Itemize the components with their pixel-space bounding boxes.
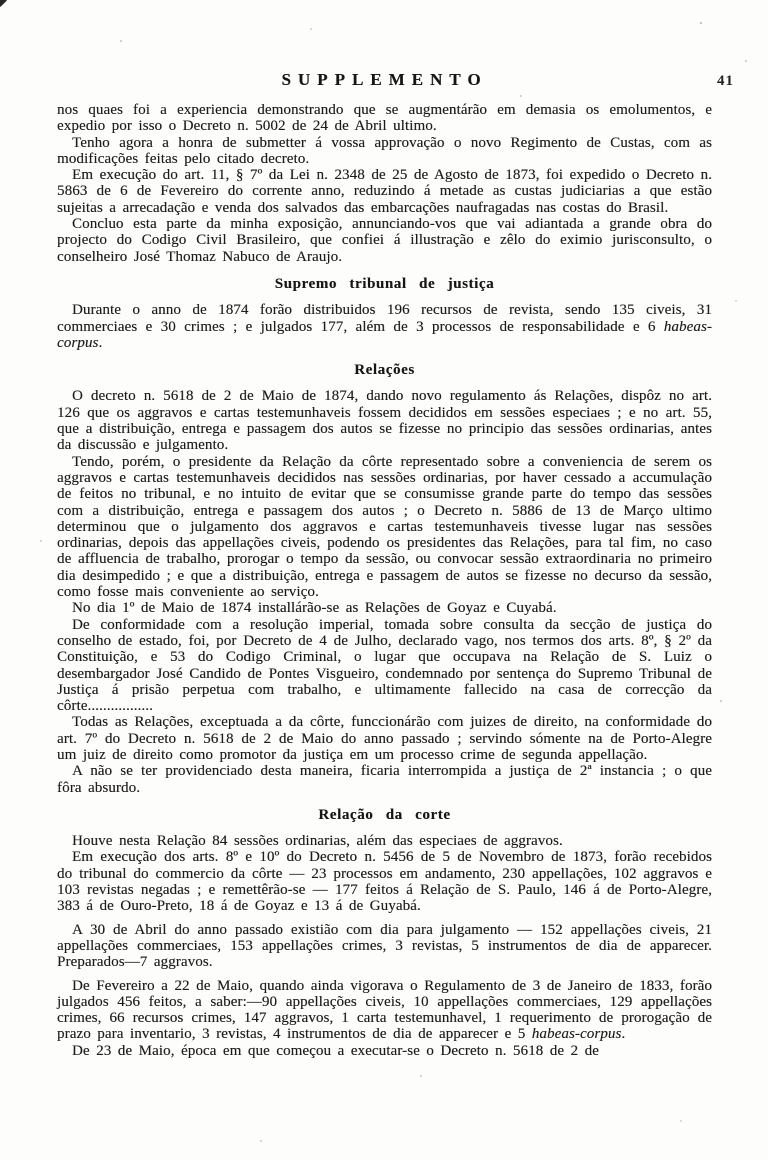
paragraph-text: Durante o anno de 1874 forão distribuido…	[57, 302, 712, 334]
paragraph: De Fevereiro a 22 de Maio, quando ainda …	[57, 978, 712, 1043]
paragraph: Concluo esta parte da minha exposição, a…	[57, 216, 712, 265]
section-heading-relacoes: Relações	[57, 362, 712, 378]
paragraph: No dia 1º de Maio de 1874 installárão-se…	[57, 600, 712, 616]
paragraph: A 30 de Abril do anno passado existião c…	[57, 922, 712, 971]
paragraph: Todas as Relações, exceptuada a da côrte…	[57, 714, 712, 763]
paragraph: Em execução do art. 11, § 7º da Lei n. 2…	[57, 167, 712, 216]
section-heading-supremo-tribunal: Supremo tribunal de justiça	[57, 276, 712, 292]
paragraph: Tendo, porém, o presidente da Relação da…	[57, 454, 712, 601]
paragraph-text: .	[98, 335, 102, 351]
paragraph-text: .	[621, 1026, 625, 1042]
paragraph: A não se ter providenciado desta maneira…	[57, 763, 712, 796]
section-heading-relacao-da-corte: Relação da corte	[57, 807, 712, 823]
paragraph: De conformidade com a resolução imperial…	[57, 617, 712, 715]
page-number: 41	[717, 73, 734, 90]
paragraph-cutoff: De 23 de Maio, época em que começou a ex…	[57, 1043, 712, 1059]
paragraph: Tenho agora a honra de submetter á vossa…	[57, 135, 712, 168]
paragraph-continuation: nos quaes foi a experiencia demonstrando…	[57, 102, 712, 135]
page-header: SUPPLEMENTO 41	[57, 70, 712, 96]
paragraph: Durante o anno de 1874 forão distribuido…	[57, 302, 712, 351]
document-body: nos quaes foi a experiencia demonstrando…	[57, 102, 712, 1059]
paragraph: O decreto n. 5618 de 2 de Maio de 1874, …	[57, 388, 712, 453]
page-header-title: SUPPLEMENTO	[57, 70, 712, 90]
scanned-document-page: SUPPLEMENTO 41 nos quaes foi a experienc…	[0, 0, 768, 1160]
paragraph: Em execução dos arts. 8º e 10º do Decret…	[57, 849, 712, 914]
paragraph: Houve nesta Relação 84 sessões ordinaria…	[57, 833, 712, 849]
scan-corner-artifact	[0, 0, 7, 7]
latin-term-habeas-corpus: habeas-corpus	[532, 1026, 622, 1042]
